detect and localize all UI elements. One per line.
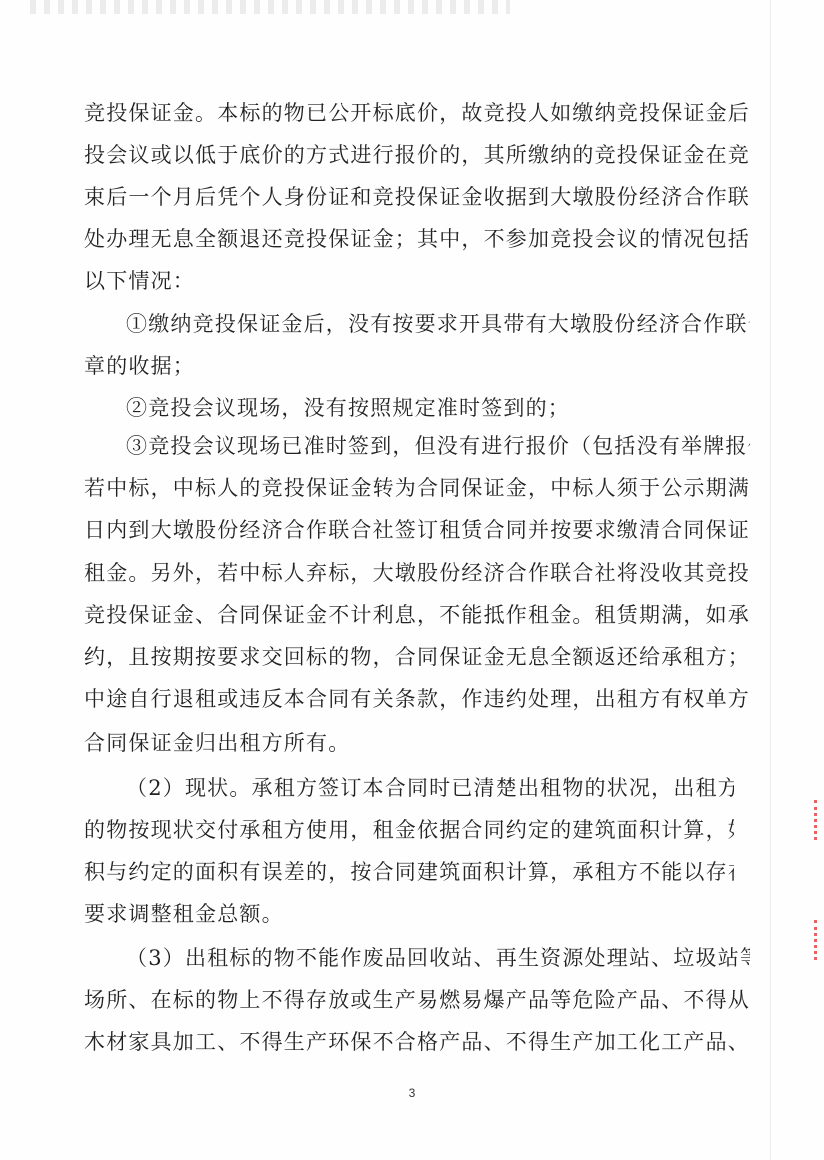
document-page: 竞投保证金。本标的物已公开标底价，故竞投人如缴纳竞投保证金后不参加竞 投会议或以… — [0, 0, 824, 1160]
paragraph-line: 木材家具加工、不得生产环保不合格产品、不得生产加工化工产品、不得产生 — [84, 1027, 750, 1057]
paragraph-line: 束后一个月后凭个人身份证和竞投保证金收据到大墩股份经济合作联合社出纳 — [84, 182, 750, 212]
red-seal-mark — [814, 920, 824, 960]
paragraph-line: 投会议或以低于底价的方式进行报价的，其所缴纳的竞投保证金在竞投会议结 — [84, 140, 750, 170]
list-item-2: ②竞投会议现场，没有按照规定准时签到的； — [126, 393, 750, 423]
page-edge-line — [770, 0, 771, 1160]
section-3-heading-line: （3）出租标的物不能作废品回收站、再生资源处理站、垃圾站等环境污染 — [126, 943, 750, 973]
page-number: 3 — [0, 1086, 824, 1100]
paragraph-line: 场所、在标的物上不得存放或生产易燃易爆产品等危险产品、不得从事石材、 — [84, 985, 750, 1015]
list-item-1-line: 章的收据； — [84, 351, 750, 381]
list-item-1-line: ①缴纳竞投保证金后，没有按要求开具带有大墩股份经济合作联合社财务 — [126, 309, 750, 339]
section-2-heading-line: （2）现状。承租方签订本合同时已清楚出租物的状况，出租方出租的标 — [126, 773, 734, 803]
paragraph-line: 的物按现状交付承租方使用，租金依据合同约定的建筑面积计算，如果实际面 — [84, 815, 734, 845]
paragraph-line: 日内到大墩股份经济合作联合社签订租赁合同并按要求缴清合同保证金及应缴 — [84, 515, 750, 545]
red-seal-mark — [814, 800, 824, 840]
list-item-3: ③竞投会议现场已准时签到，但没有进行报价（包括没有举牌报价）的。 — [126, 431, 750, 461]
paragraph-line: 要求调整租金总额。 — [84, 899, 750, 929]
paragraph-line: 中途自行退租或违反本合同有关条款，作违约处理，出租方有权单方解除合同， — [84, 684, 750, 714]
paragraph-line: 积与约定的面积有误差的，按合同建筑面积计算，承租方不能以存在误差为由， — [84, 857, 734, 887]
paragraph-line: 合同保证金归出租方所有。 — [84, 728, 750, 758]
paragraph-line: 竞投保证金。本标的物已公开标底价，故竞投人如缴纳竞投保证金后不参加竞 — [84, 98, 750, 128]
paragraph-line: 若中标，中标人的竞投保证金转为合同保证金，中标人须于公示期满 5 个工作 — [84, 473, 750, 503]
paragraph-line: 竞投保证金、合同保证金不计利息，不能抵作租金。租赁期满，如承租方无违 — [84, 600, 750, 630]
paragraph-line: 租金。另外，若中标人弃标，大墩股份经济合作联合社将没收其竞投保证金。 — [84, 558, 750, 588]
paragraph-line: 以下情况： — [84, 266, 750, 296]
paragraph-line: 处办理无息全额退还竞投保证金；其中，不参加竞投会议的情况包括但不限于 — [84, 224, 750, 254]
scan-bleed-through — [30, 0, 510, 14]
paragraph-line: 约，且按期按要求交回标的物，合同保证金无息全额返还给承租方；若承租方 — [84, 642, 750, 672]
